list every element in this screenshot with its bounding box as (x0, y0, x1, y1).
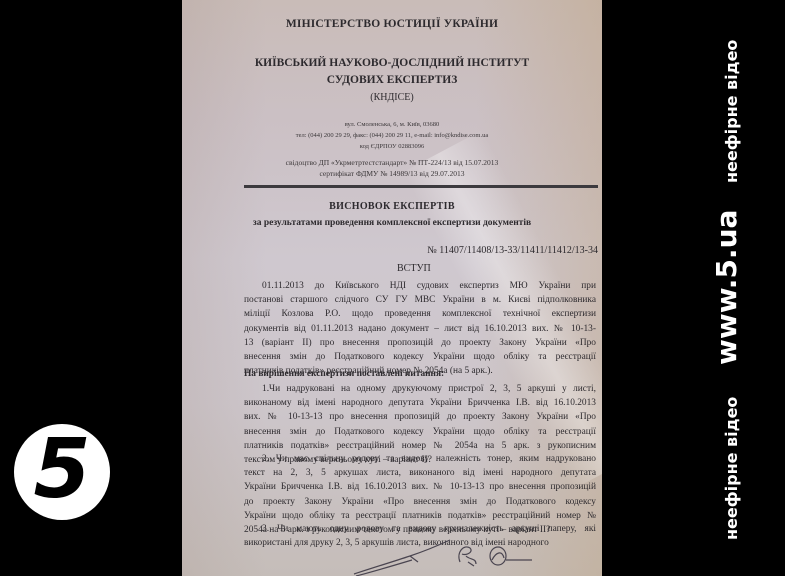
conclusion-number: № 11407/11408/13-33/11411/11412/13-34 (427, 245, 598, 256)
text-line: 1.Чи надруковані на одному друкуючому пр… (244, 382, 596, 396)
text-line: постанові старшого слідчого СУ ГУ МВС Ук… (244, 293, 596, 307)
document-photo: МІНІСТЕРСТВО ЮСТИЦІЇ УКРАЇНИ КИЇВСЬКИЙ Н… (182, 0, 602, 576)
signature-1 (352, 538, 452, 576)
text-line: документів від 01.11.2013 надано докумен… (244, 322, 596, 336)
certificates: свідоцтво ДП «Укрметртестстандарт» № ПТ-… (182, 157, 602, 179)
header-divider (244, 185, 598, 188)
institute-heading: КИЇВСЬКИЙ НАУКОВО-ДОСЛІДНИЙ ІНСТИТУТ СУД… (182, 55, 602, 106)
text-line: 2. Чи має спільну родову та видову належ… (244, 452, 596, 466)
ministry-heading: МІНІСТЕРСТВО ЮСТИЦІЇ УКРАЇНИ (182, 18, 602, 30)
certificate-2: сертифікат ФДМУ № 14989/13 від 29.07.201… (182, 168, 602, 179)
institute-name-line1: КИЇВСЬКИЙ НАУКОВО-ДОСЛІДНИЙ ІНСТИТУТ (182, 55, 602, 72)
text-line: 3. Чи мають одну родову та видову принал… (244, 522, 596, 536)
text-line: міліції Козлова Р.О. щодо проведення ком… (244, 307, 596, 321)
conclusion-title: ВИСНОВОК ЕКСПЕРТІВ (182, 201, 602, 212)
phones: тел: (044) 200 29 29, факс: (044) 200 29… (182, 130, 602, 141)
intro-heading: ВСТУП (397, 263, 431, 274)
text-line: 13 (варіант II) про внесення пропозицій … (244, 336, 596, 350)
expert-conclusion-document: МІНІСТЕРСТВО ЮСТИЦІЇ УКРАЇНИ КИЇВСЬКИЙ Н… (182, 0, 602, 576)
logo-digit: 5 (33, 429, 90, 511)
text-line: вих. № 10-13-13 про внесення пропозицій … (244, 410, 596, 424)
text-line: до проекту Закону України «Про внесення … (244, 495, 596, 509)
text-line: платників податків» реєстраційний номер … (244, 439, 596, 453)
text-line: 01.11.2013 до Київського НДІ судових екс… (244, 279, 596, 293)
conclusion-subtitle: за результатами проведення комплексної е… (182, 218, 602, 228)
text-line: України Бричченка І.В. від 16.10.2013 ви… (244, 480, 596, 494)
text-line: внесення змін до Податкового кодексу Укр… (244, 425, 596, 439)
text-line: текст на 2, 3, 5 аркушах листа, виконано… (244, 466, 596, 480)
website-url: www.5.ua (710, 210, 743, 365)
questions-heading: На вирішення експертизи поставлені питан… (244, 369, 444, 379)
edrpou-code: код ЄДРПОУ 02883096 (182, 141, 602, 152)
text-line: внесення змін до Податкового кодексу Укр… (244, 350, 596, 364)
text-line: України щодо обліку та реєстрації платни… (244, 509, 596, 523)
institute-name-line2: СУДОВИХ ЕКСПЕРТИЗ (182, 72, 602, 89)
certificate-1: свідоцтво ДП «Укрметртестстандарт» № ПТ-… (182, 157, 602, 168)
signature-3 (488, 544, 534, 568)
unaired-video-label-bottom: неефірне відео (722, 397, 741, 540)
signature-2 (454, 542, 480, 568)
intro-paragraph: 01.11.2013 до Київського НДІ судових екс… (244, 279, 596, 378)
unaired-video-label-top: неефірне відео (722, 40, 741, 183)
text-line: виконаному від імені народного депутата … (244, 396, 596, 410)
watermark-strip: неефірне відео www.5.ua неефірне відео (690, 0, 785, 576)
channel-5-logo: 5 (14, 424, 110, 520)
address: вул. Смоленська, 6, м. Київ, 03680 (182, 119, 602, 130)
institute-contacts: вул. Смоленська, 6, м. Київ, 03680 тел: … (182, 119, 602, 152)
video-frame: МІНІСТЕРСТВО ЮСТИЦІЇ УКРАЇНИ КИЇВСЬКИЙ Н… (0, 0, 785, 576)
institute-abbreviation: (КНДІСЕ) (182, 89, 602, 106)
